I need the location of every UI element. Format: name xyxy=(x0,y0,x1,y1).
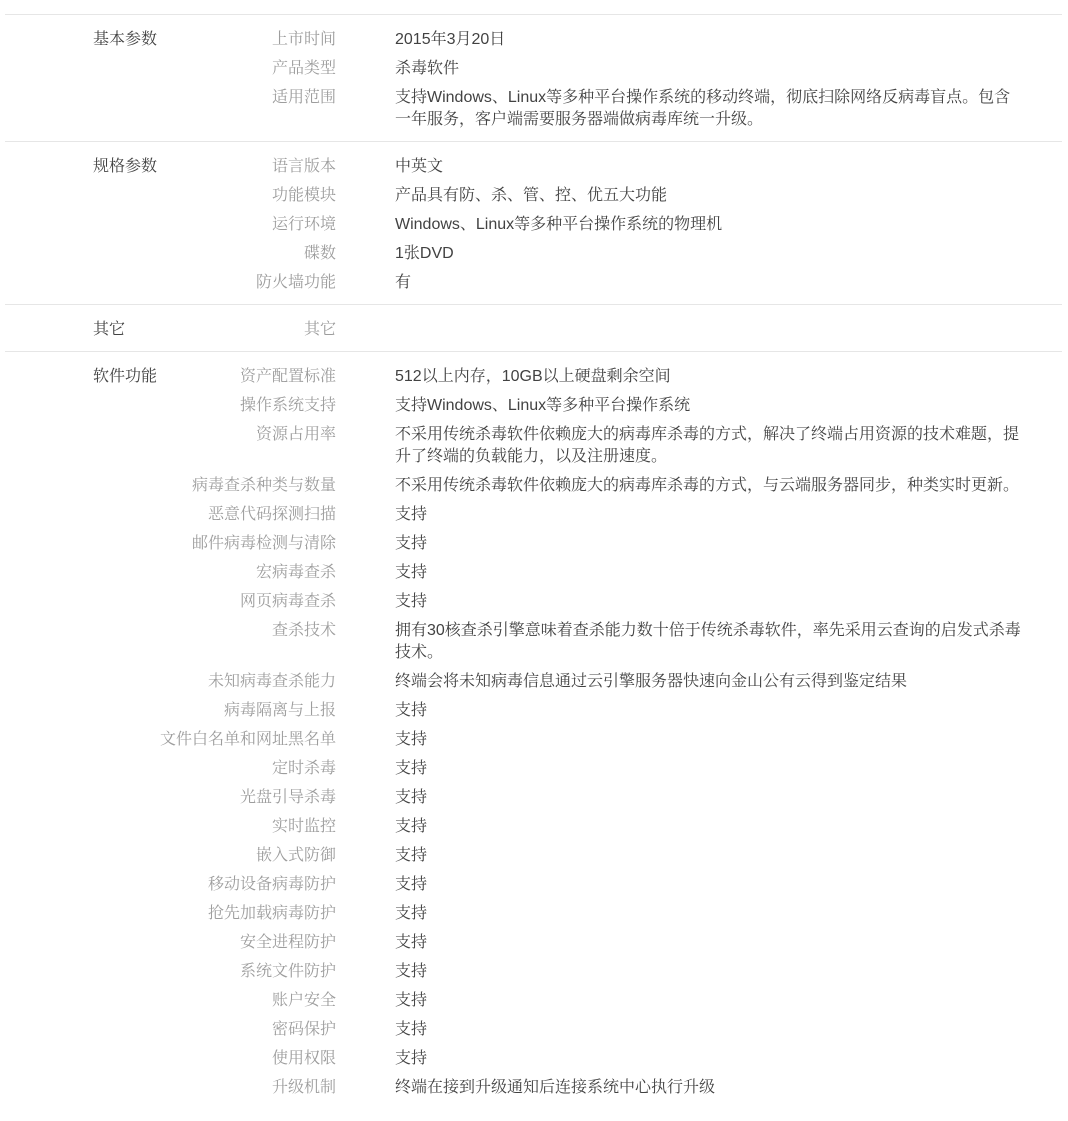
param-value: 支持 xyxy=(395,533,427,555)
param-label: 上市时间 xyxy=(160,29,336,51)
param-label: 嵌入式防御 xyxy=(160,845,336,867)
section-title: 规格参数 xyxy=(93,152,160,178)
param-row: 安全进程防护 支持 xyxy=(160,928,1062,957)
param-label: 防火墙功能 xyxy=(160,272,336,294)
param-row: 碟数 1张DVD xyxy=(160,239,1062,268)
section-rows: 语言版本 中英文 功能模块 产品具有防、杀、管、控、优五大功能 运行环境 Win… xyxy=(160,152,1062,297)
section-title: 基本参数 xyxy=(93,25,160,51)
param-row: 实时监控 支持 xyxy=(160,812,1062,841)
param-value: 支持 xyxy=(395,816,427,838)
param-label: 账户安全 xyxy=(160,990,336,1012)
param-row: 查杀技术 拥有30核查杀引擎意味着查杀能力数十倍于传统杀毒软件，率先采用云查询的… xyxy=(160,616,1062,667)
spec-section: 其它 其它 xyxy=(5,304,1062,351)
section-title: 软件功能 xyxy=(93,362,160,388)
param-label: 实时监控 xyxy=(160,816,336,838)
param-label: 光盘引导杀毒 xyxy=(160,787,336,809)
param-value: 支持Windows、Linux等多种平台操作系统的移动终端，彻底扫除网络反病毒盲… xyxy=(395,87,1010,131)
param-value: 支持 xyxy=(395,990,427,1012)
param-row: 定时杀毒 支持 xyxy=(160,754,1062,783)
param-value: 支持 xyxy=(395,1048,427,1070)
param-row: 运行环境 Windows、Linux等多种平台操作系统的物理机 xyxy=(160,210,1062,239)
param-value: 杀毒软件 xyxy=(395,58,459,80)
param-value: 支持Windows、Linux等多种平台操作系统 xyxy=(395,395,690,417)
param-row: 光盘引导杀毒 支持 xyxy=(160,783,1062,812)
param-row: 抢先加载病毒防护 支持 xyxy=(160,899,1062,928)
param-row: 升级机制 终端在接到升级通知后连接系统中心执行升级 xyxy=(160,1073,1062,1102)
param-row: 病毒隔离与上报 支持 xyxy=(160,696,1062,725)
param-value: 支持 xyxy=(395,845,427,867)
param-label: 密码保护 xyxy=(160,1019,336,1041)
param-label: 病毒查杀种类与数量 xyxy=(160,475,336,497)
param-label: 运行环境 xyxy=(160,214,336,236)
param-label: 其它 xyxy=(160,319,336,341)
param-value: 支持 xyxy=(395,932,427,954)
param-label: 移动设备病毒防护 xyxy=(160,874,336,896)
param-row: 资源占用率 不采用传统杀毒软件依赖庞大的病毒库杀毒的方式，解决了终端占用资源的技… xyxy=(160,420,1062,471)
param-label: 邮件病毒检测与清除 xyxy=(160,533,336,555)
param-value: 终端在接到升级通知后连接系统中心执行升级 xyxy=(395,1077,715,1099)
param-label: 安全进程防护 xyxy=(160,932,336,954)
param-value: 支持 xyxy=(395,504,427,526)
param-label: 宏病毒查杀 xyxy=(160,562,336,584)
param-row: 未知病毒查杀能力 终端会将未知病毒信息通过云引擎服务器快速向金山公有云得到鉴定结… xyxy=(160,667,1062,696)
param-label: 产品类型 xyxy=(160,58,336,80)
param-value: 支持 xyxy=(395,961,427,983)
param-value: 支持 xyxy=(395,562,427,584)
param-row: 功能模块 产品具有防、杀、管、控、优五大功能 xyxy=(160,181,1062,210)
param-label: 功能模块 xyxy=(160,185,336,207)
param-label: 文件白名单和网址黑名单 xyxy=(160,729,336,751)
param-label: 使用权限 xyxy=(160,1048,336,1070)
param-row: 使用权限 支持 xyxy=(160,1044,1062,1073)
param-value: 512以上内存，10GB以上硬盘剩余空间 xyxy=(395,366,671,388)
param-row: 病毒查杀种类与数量 不采用传统杀毒软件依赖庞大的病毒库杀毒的方式，与云端服务器同… xyxy=(160,471,1062,500)
param-value: 支持 xyxy=(395,903,427,925)
param-row: 宏病毒查杀 支持 xyxy=(160,558,1062,587)
param-value: 终端会将未知病毒信息通过云引擎服务器快速向金山公有云得到鉴定结果 xyxy=(395,671,907,693)
spec-section: 规格参数 语言版本 中英文 功能模块 产品具有防、杀、管、控、优五大功能 运行环… xyxy=(5,141,1062,304)
param-row: 语言版本 中英文 xyxy=(160,152,1062,181)
param-value: 支持 xyxy=(395,729,427,751)
param-value: 支持 xyxy=(395,787,427,809)
param-row: 资产配置标准 512以上内存，10GB以上硬盘剩余空间 xyxy=(160,362,1062,391)
param-value: 支持 xyxy=(395,700,427,722)
param-row: 恶意代码探测扫描 支持 xyxy=(160,500,1062,529)
param-label: 系统文件防护 xyxy=(160,961,336,983)
param-label: 抢先加载病毒防护 xyxy=(160,903,336,925)
param-row: 网页病毒查杀 支持 xyxy=(160,587,1062,616)
param-row: 产品类型 杀毒软件 xyxy=(160,54,1062,83)
param-row: 上市时间 2015年3月20日 xyxy=(160,25,1062,54)
param-label: 语言版本 xyxy=(160,156,336,178)
param-value: 支持 xyxy=(395,591,427,613)
param-row: 密码保护 支持 xyxy=(160,1015,1062,1044)
param-value: 中英文 xyxy=(395,156,443,178)
param-label: 资源占用率 xyxy=(160,424,336,446)
param-label: 恶意代码探测扫描 xyxy=(160,504,336,526)
param-value: 拥有30核查杀引擎意味着查杀能力数十倍于传统杀毒软件，率先采用云查询的启发式杀毒… xyxy=(395,620,1021,664)
param-row: 系统文件防护 支持 xyxy=(160,957,1062,986)
param-label: 碟数 xyxy=(160,243,336,265)
param-row: 操作系统支持 支持Windows、Linux等多种平台操作系统 xyxy=(160,391,1062,420)
param-value: 支持 xyxy=(395,1019,427,1041)
param-row: 其它 xyxy=(160,315,1062,344)
section-rows: 资产配置标准 512以上内存，10GB以上硬盘剩余空间 操作系统支持 支持Win… xyxy=(160,362,1062,1102)
product-spec-table: 基本参数 上市时间 2015年3月20日 产品类型 杀毒软件 适用范围 支持Wi… xyxy=(0,14,1068,1109)
param-value: 有 xyxy=(395,272,411,294)
param-value: Windows、Linux等多种平台操作系统的物理机 xyxy=(395,214,722,236)
param-value: 2015年3月20日 xyxy=(395,29,505,51)
param-label: 资产配置标准 xyxy=(160,366,336,388)
param-value: 不采用传统杀毒软件依赖庞大的病毒库杀毒的方式，与云端服务器同步，种类实时更新。 xyxy=(395,475,1019,497)
param-label: 未知病毒查杀能力 xyxy=(160,671,336,693)
section-title: 其它 xyxy=(93,315,160,341)
param-row: 防火墙功能 有 xyxy=(160,268,1062,297)
param-row: 邮件病毒检测与清除 支持 xyxy=(160,529,1062,558)
param-label: 升级机制 xyxy=(160,1077,336,1099)
param-row: 适用范围 支持Windows、Linux等多种平台操作系统的移动终端，彻底扫除网… xyxy=(160,83,1062,134)
section-rows: 上市时间 2015年3月20日 产品类型 杀毒软件 适用范围 支持Windows… xyxy=(160,25,1062,134)
section-rows: 其它 xyxy=(160,315,1062,344)
spec-section: 基本参数 上市时间 2015年3月20日 产品类型 杀毒软件 适用范围 支持Wi… xyxy=(5,14,1062,141)
param-value: 支持 xyxy=(395,758,427,780)
param-row: 文件白名单和网址黑名单 支持 xyxy=(160,725,1062,754)
param-label: 网页病毒查杀 xyxy=(160,591,336,613)
param-value: 不采用传统杀毒软件依赖庞大的病毒库杀毒的方式，解决了终端占用资源的技术难题，提 … xyxy=(395,424,1019,468)
spec-section: 软件功能 资产配置标准 512以上内存，10GB以上硬盘剩余空间 操作系统支持 … xyxy=(5,351,1062,1109)
param-row: 移动设备病毒防护 支持 xyxy=(160,870,1062,899)
param-row: 账户安全 支持 xyxy=(160,986,1062,1015)
param-value: 支持 xyxy=(395,874,427,896)
param-label: 病毒隔离与上报 xyxy=(160,700,336,722)
param-label: 定时杀毒 xyxy=(160,758,336,780)
param-label: 操作系统支持 xyxy=(160,395,336,417)
param-value: 产品具有防、杀、管、控、优五大功能 xyxy=(395,185,667,207)
param-label: 查杀技术 xyxy=(160,620,336,642)
param-label: 适用范围 xyxy=(160,87,336,109)
param-value: 1张DVD xyxy=(395,243,454,265)
param-row: 嵌入式防御 支持 xyxy=(160,841,1062,870)
